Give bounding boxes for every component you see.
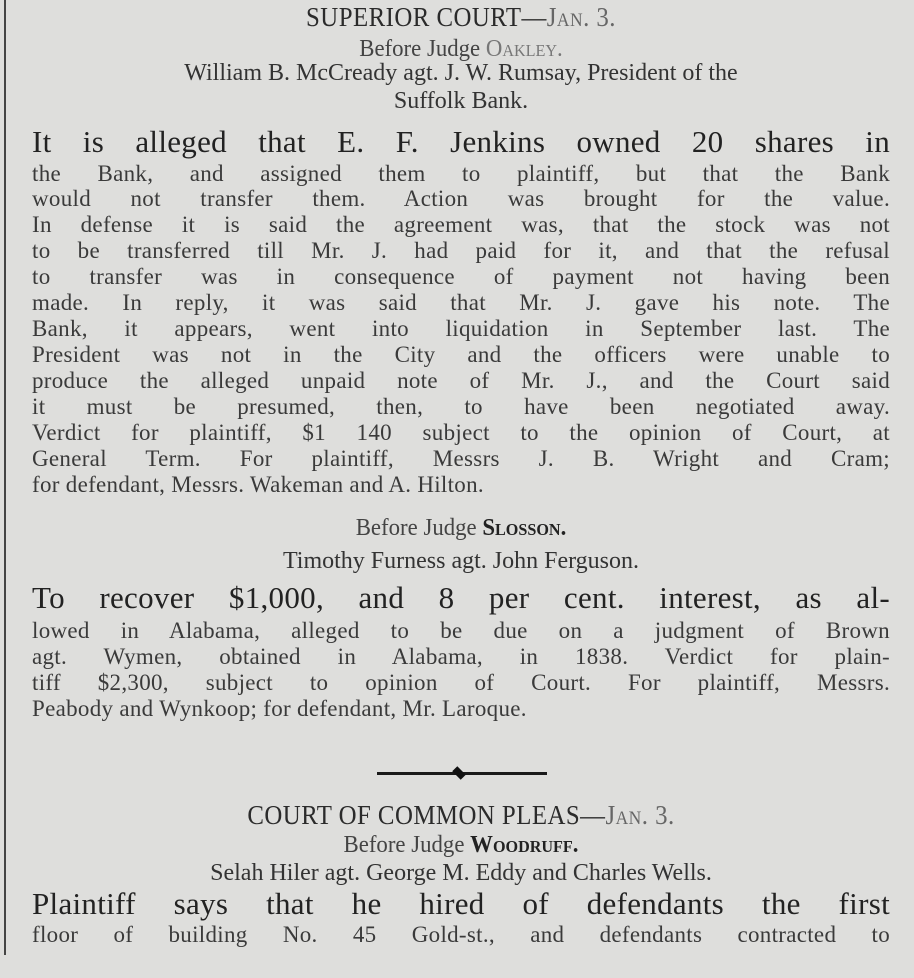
court-heading-superior: SUPERIOR COURT—Jan. 3. <box>66 2 855 33</box>
court-name: COURT OF COMMON PLEAS <box>247 800 580 830</box>
body-line: it must be presumed, then, to have been … <box>32 394 890 420</box>
body-line: lowed in Alabama, alleged to be due on a… <box>32 618 890 644</box>
body-line: made. In reply, it was said that Mr. J. … <box>32 290 890 316</box>
judge-line-oakley: Before Judge Oakley. <box>53 36 868 63</box>
heading-dash: — <box>521 2 546 32</box>
body-line: General Term. For plaintiff, Messrs J. B… <box>32 446 890 472</box>
court-name: SUPERIOR COURT <box>306 2 521 32</box>
body-line: Plaintiff says that he hired of defendan… <box>32 886 890 922</box>
judge-name: Woodruff. <box>470 832 578 858</box>
body-line: the Bank, and assigned them to plaintiff… <box>32 161 890 187</box>
body-line: In defense it is said the agreement was,… <box>32 212 890 238</box>
body-line: To recover $1,000, and 8 per cent. inter… <box>32 580 890 616</box>
body-line: Peabody and Wynkoop; for defendant, Mr. … <box>32 696 890 722</box>
judge-line-slosson: Before Judge Slosson. <box>53 515 868 542</box>
case-title-line: Timothy Furness agt. John Ferguson. <box>32 548 890 575</box>
body-line: to transfer was in consequence of paymen… <box>32 264 890 290</box>
case-title-line: Selah Hiler agt. George M. Eddy and Char… <box>32 860 890 887</box>
court-date: Jan. 3. <box>547 2 616 32</box>
body-line: Bank, it appears, went into liquidation … <box>32 316 890 342</box>
section-divider-ornament <box>377 768 547 778</box>
body-line: tiff $2,300, subject to opinion of Court… <box>32 670 890 696</box>
body-line: to be transferred till Mr. J. had paid f… <box>32 238 890 264</box>
body-line: floor of building No. 45 Gold-st., and d… <box>32 922 890 948</box>
body-line: President was not in the City and the of… <box>32 342 890 368</box>
judge-prefix: Before Judge <box>359 36 480 62</box>
judge-prefix: Before Judge <box>344 832 465 858</box>
body-line: would not transfer them. Action was brou… <box>32 186 890 212</box>
body-line: It is alleged that E. F. Jenkins owned 2… <box>32 124 890 160</box>
judge-line-woodruff: Before Judge Woodruff. <box>53 832 868 859</box>
judge-name: Slosson. <box>482 515 566 541</box>
court-date: Jan. 3. <box>605 800 674 830</box>
body-line: for defendant, Messrs. Wakeman and A. Hi… <box>32 472 890 498</box>
body-line: agt. Wymen, obtained in Alabama, in 1838… <box>32 644 890 670</box>
body-line: produce the alleged unpaid note of Mr. J… <box>32 368 890 394</box>
case-title-line: William B. McCready agt. J. W. Rumsay, P… <box>32 60 890 87</box>
divider-diamond-icon <box>452 766 466 780</box>
judge-name: Oakley. <box>486 36 563 62</box>
column-rule-left <box>4 0 6 955</box>
body-line: Verdict for plaintiff, $1 140 subject to… <box>32 420 890 446</box>
heading-dash: — <box>580 800 605 830</box>
judge-prefix: Before Judge <box>356 515 477 541</box>
court-heading-common-pleas: COURT OF COMMON PLEAS—Jan. 3. <box>66 800 855 831</box>
case-title-line: Suffolk Bank. <box>32 88 890 115</box>
